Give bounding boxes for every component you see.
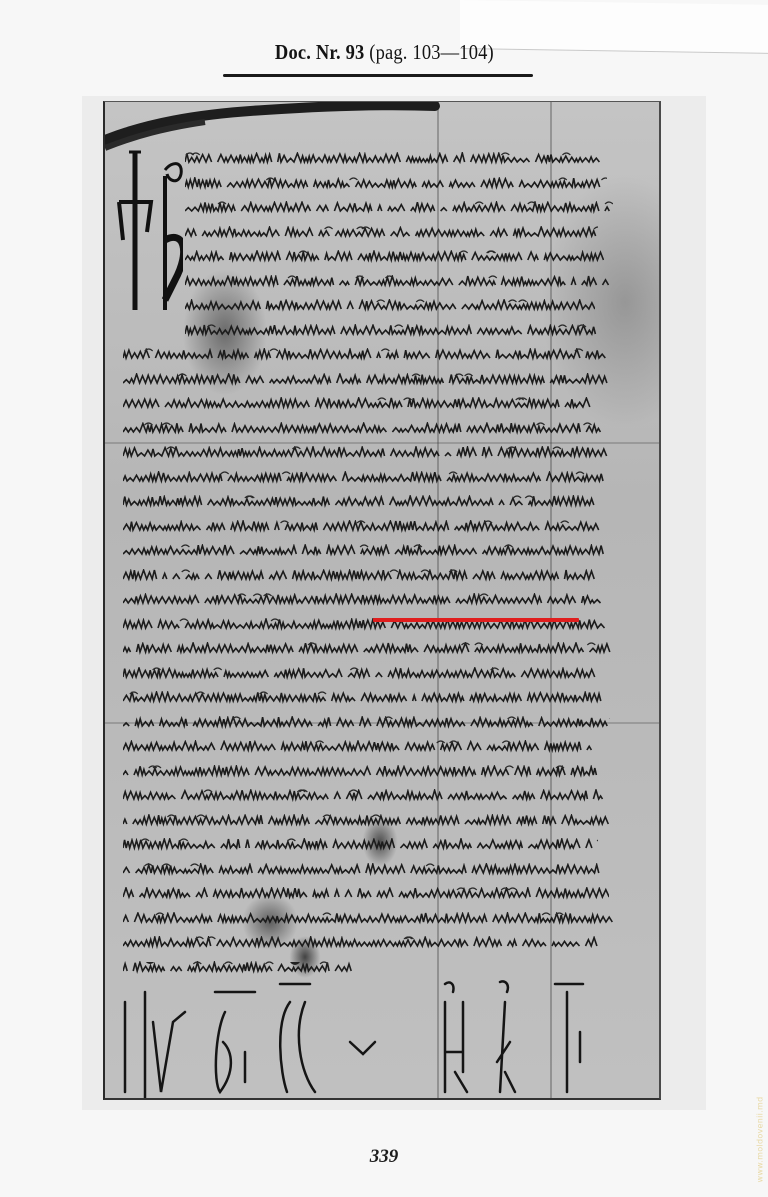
decorative-initial [113,140,183,320]
handwritten-line [123,471,614,485]
red-highlight-underline [373,618,579,622]
handwritten-line [123,863,603,877]
handwritten-line [123,495,600,509]
handwritten-line [123,593,602,607]
handwritten-line [123,814,612,828]
handwritten-line [185,324,601,338]
handwritten-line [123,667,599,681]
handwritten-line [123,422,603,436]
handwritten-line [185,201,613,215]
handwritten-line [123,569,597,583]
handwritten-line [123,348,606,362]
handwritten-line [123,887,609,901]
document-header: Doc. Nr. 93 (pag. 103—104) [0,40,768,65]
handwritten-line [185,226,598,240]
handwritten-line [123,912,615,926]
handwritten-line [123,936,600,950]
handwritten-line [123,838,598,852]
handwritten-line [123,544,611,558]
signature-monograms [105,962,659,1100]
handwritten-line [123,397,597,411]
manuscript-facsimile [103,101,661,1100]
document-number: Doc. Nr. 93 [275,40,365,64]
watermark-text: www.moldovenii.md [756,1043,765,1183]
watermark: www.moldovenii.md [752,1040,766,1190]
handwritten-line [123,642,613,656]
handwritten-line [123,446,609,460]
handwritten-line [123,716,610,730]
title-underline [223,74,533,77]
handwritten-line [185,250,604,264]
handwritten-line [123,765,601,779]
page-number: 339 [0,1146,768,1168]
handwritten-line [185,299,595,313]
page-range: (pag. 103—104) [369,40,494,64]
handwritten-line [123,520,605,534]
handwritten-line [185,275,610,289]
handwritten-line [123,691,604,705]
handwritten-line [123,373,612,387]
document-title: Doc. Nr. 93 (pag. 103—104) [275,40,494,65]
fold-line [105,442,659,444]
handwritten-line [185,177,607,191]
handwritten-line [123,740,596,754]
handwritten-line [185,152,602,166]
handwritten-line [123,789,607,803]
